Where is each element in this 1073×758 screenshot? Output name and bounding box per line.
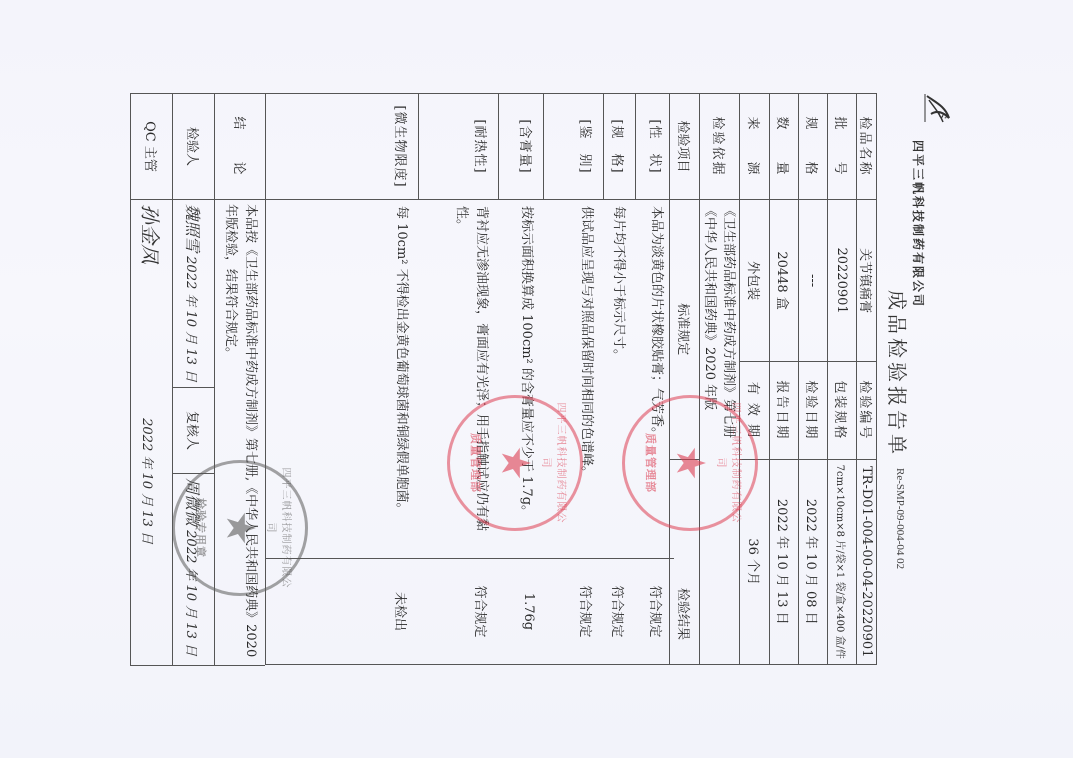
qc-date: 2022 年 10 月 13 日: [140, 418, 155, 544]
basis-line-1: 《卫生部药品标准中药成方制剂》第七册: [720, 204, 739, 660]
table-row: 批 号 20220901 包装规格 7cm×10cm×8 片/袋×1 袋/盒×4…: [828, 94, 857, 665]
report-page: S 四平三帆科技制药有限公司 成品检验报告单 Re-SMP-09-004-04 …: [0, 0, 1073, 758]
quantity-label: 数 量: [770, 94, 799, 200]
company-name: 四平三帆科技制药有限公司: [910, 140, 927, 308]
source-label: 来 源: [740, 94, 770, 200]
basis-label: 检验依据: [700, 94, 740, 200]
test-item-standard: 本品为淡黄色的片状橡胶贴膏；气芳香。: [646, 206, 666, 551]
test-item-result: 1.76g: [521, 558, 536, 665]
svg-text:S: S: [936, 112, 947, 119]
package-spec-label: 包装规格: [828, 362, 857, 459]
validity-value: 36 个月: [740, 459, 770, 665]
test-items: [性 状]本品为淡黄色的片状橡胶贴膏；气芳香。符合规定[规 格]每片均不得小于标…: [265, 93, 674, 665]
basis-value: 《卫生部药品标准中药成方制剂》第七册 《中华人民共和国药典》2020 年版: [700, 199, 740, 664]
test-item-result: 未检出: [392, 558, 411, 665]
company-logo-icon: S: [923, 92, 953, 128]
spec-value: ---: [799, 199, 828, 361]
inspection-no-label: 检验编号: [857, 362, 877, 459]
inspection-date-label: 检验日期: [799, 362, 828, 459]
qc-signature: 孙金凤: [139, 204, 163, 264]
product-name-value: 关节镇痛膏: [857, 199, 877, 361]
table-row: 规 格 --- 检验日期 2022 年 10 月 08 日: [799, 94, 828, 665]
reviewer-signature: 周微微: [184, 478, 203, 526]
product-name-label: 检品名称: [857, 94, 877, 200]
items-header-row: 检验项目 标准规定 检验结果: [670, 94, 700, 665]
inspector-signature: 魏照雪: [184, 204, 203, 252]
reviewer-cell: 周微微 2022 年 10 月 13 日: [173, 474, 215, 666]
spec-label: 规 格: [799, 94, 828, 200]
qc-cell: 孙金凤 2022 年 10 月 13 日: [131, 200, 173, 666]
document-code: Re-SMP-09-004-04 02: [894, 468, 906, 569]
report-date-label: 报告日期: [770, 362, 799, 459]
quantity-value: 20448 盒: [770, 199, 799, 361]
item-header: 检验项目: [670, 94, 700, 200]
test-item-result: 符合规定: [609, 558, 628, 665]
basis-line-2: 《中华人民共和国药典》2020 年版: [701, 204, 720, 660]
inspector-label: 检验人: [173, 94, 215, 200]
source-value: 外包装: [740, 199, 770, 361]
standard-header: 标准规定: [670, 199, 700, 459]
test-item-name: [耐热性]: [472, 94, 491, 199]
footer-table: 结 论 本品按《卫生部药品标准中药成方制剂》第七册,《中华人民共和国药典》202…: [131, 93, 266, 666]
qc-row: QC 主管 孙金凤 2022 年 10 月 13 日: [131, 94, 173, 666]
test-item-name: [性 状]: [647, 94, 666, 199]
table-row: 来 源 外包装 有 效 期 36 个月: [740, 94, 770, 665]
test-item-name: [规 格]: [609, 94, 628, 199]
package-spec-value: 7cm×10cm×8 片/袋×1 袋/盒×400 盒/件: [828, 459, 857, 665]
test-item-standard: 每 10cm² 不得检出金黄色葡萄球菌和铜绿假单胞菌。: [391, 206, 411, 551]
reviewer-date: 2022 年 10 月 13 日: [184, 530, 199, 656]
conclusion-label: 结 论: [215, 94, 265, 200]
test-item-result: 符合规定: [577, 558, 596, 665]
test-item-standard: 供试品应呈现与对照品保留时间相同的色谱峰。: [576, 206, 596, 551]
company-logo: S: [923, 92, 953, 128]
reviewer-label: 复核人: [173, 388, 215, 474]
test-item-result: 符合规定: [472, 558, 491, 665]
inspection-no-value: TR-D01-004-00-04-20220901: [857, 459, 877, 665]
inspector-cell: 魏照雪 2022 年 10 月 13 日: [173, 200, 215, 388]
conclusion-row: 结 论 本品按《卫生部药品标准中药成方制剂》第七册,《中华人民共和国药典》202…: [215, 94, 265, 666]
test-item-name: [鉴 别]: [577, 94, 596, 199]
test-item-result: 符合规定: [647, 558, 666, 665]
signature-row: 检验人 魏照雪 2022 年 10 月 13 日 复核人 周微微 2022 年 …: [173, 94, 215, 666]
report-table: 检品名称 关节镇痛膏 检验编号 TR-D01-004-00-04-2022090…: [669, 93, 877, 665]
validity-label: 有 效 期: [740, 362, 770, 459]
batch-label: 批 号: [828, 94, 857, 200]
test-item-standard: 背衬应无渗油现象，膏面应有光泽；用手指触试应仍有黏性。: [451, 206, 491, 551]
table-row: 检品名称 关节镇痛膏 检验编号 TR-D01-004-00-04-2022090…: [857, 94, 877, 665]
inspector-date: 2022 年 10 月 13 日: [184, 256, 199, 382]
qc-label: QC 主管: [131, 94, 173, 200]
test-item-standard: 每片均不得小于标示尺寸。: [608, 206, 628, 551]
test-item-standard: 按标示面积换算成 100cm² 的含膏量应不少于 1.7g。: [516, 206, 536, 551]
document-title: 成品检验报告单: [884, 290, 913, 458]
inspection-date-value: 2022 年 10 月 08 日: [799, 459, 828, 665]
table-row: 检验依据 《卫生部药品标准中药成方制剂》第七册 《中华人民共和国药典》2020 …: [700, 94, 740, 665]
test-item-name: [含膏量]: [517, 94, 536, 199]
batch-value: 20220901: [828, 199, 857, 361]
report-date-value: 2022 年 10 月 13 日: [770, 459, 799, 665]
table-row: 数 量 20448 盒 报告日期 2022 年 10 月 13 日: [770, 94, 799, 665]
test-item-name: [微生物限度]: [392, 94, 411, 199]
conclusion-text: 本品按《卫生部药品标准中药成方制剂》第七册,《中华人民共和国药典》2020 年版…: [215, 200, 265, 666]
result-header: 检验结果: [670, 459, 700, 665]
